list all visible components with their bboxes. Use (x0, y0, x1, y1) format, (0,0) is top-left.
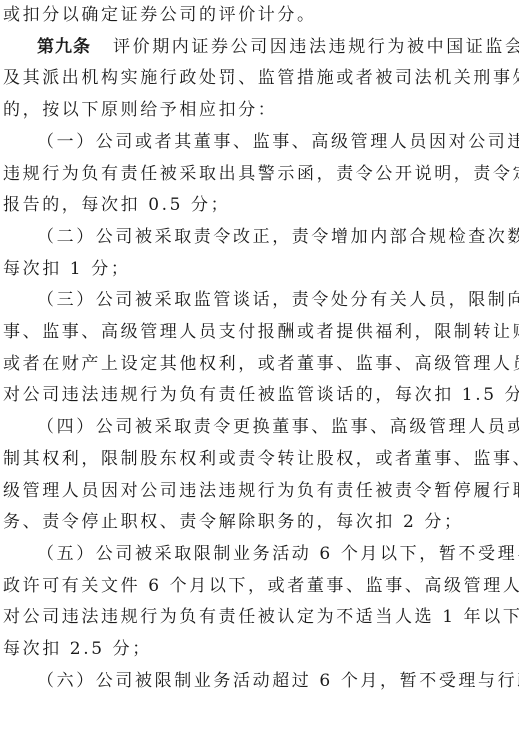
text-line: 政许可有关文件 6 个月以下，或者董事、监事、高级管理人员因 (3, 571, 519, 603)
text-line: 级管理人员因对公司违法违规行为负有责任被责令暂停履行职 (3, 476, 519, 508)
text-line: 及其派出机构实施行政处罚、监管措施或者被司法机关刑事处罚 (3, 63, 519, 95)
item-2-line: （二）公司被采取责令改正，责令增加内部合规检查次数的， (37, 222, 519, 254)
item-1-line: （一）公司或者其董事、监事、高级管理人员因对公司违法 (37, 127, 519, 159)
text-span: 评价期内证券公司因违法违规行为被中国证监会 (113, 37, 519, 57)
text-line: 每次扣 1 分； (3, 254, 130, 286)
item-6-line: （六）公司被限制业务活动超过 6 个月，暂不受理与行政许 (37, 666, 519, 698)
text-line: 对公司违法违规行为负有责任被监管谈话的，每次扣 1.5 分； (3, 380, 519, 412)
text-line: 对公司违法违规行为负有责任被认定为不适当人选 1 年以下的， (3, 602, 519, 634)
article-9-line: 第九条评价期内证券公司因违法违规行为被中国证监会 (37, 32, 519, 64)
text-line: 违规行为负有责任被采取出具警示函，责令公开说明，责令定期 (3, 159, 519, 191)
item-3-line: （三）公司被采取监管谈话，责令处分有关人员，限制向董 (37, 285, 519, 317)
article-heading: 第九条 (37, 37, 91, 57)
text-line: 报告的，每次扣 0.5 分； (3, 190, 230, 222)
text-line: 务、责令停止职权、责令解除职务的，每次扣 2 分； (3, 507, 464, 539)
text-line: 的，按以下原则给予相应扣分： (3, 95, 277, 127)
text-line: 制其权利，限制股东权利或责令转让股权，或者董事、监事、高 (3, 444, 519, 476)
text-line: 或扣分以确定证券公司的评价计分。 (3, 0, 317, 32)
text-line: 或者在财产上设定其他权利，或者董事、监事、高级管理人员因 (3, 349, 519, 381)
item-5-line: （五）公司被采取限制业务活动 6 个月以下，暂不受理与行 (37, 539, 519, 571)
text-line: 每次扣 2.5 分； (3, 634, 152, 666)
item-4-line: （四）公司被采取责令更换董事、监事、高级管理人员或限 (37, 412, 519, 444)
document-page: 或扣分以确定证券公司的评价计分。 第九条评价期内证券公司因违法违规行为被中国证监… (0, 0, 519, 730)
text-line: 事、监事、高级管理人员支付报酬或者提供福利，限制转让财产 (3, 317, 519, 349)
